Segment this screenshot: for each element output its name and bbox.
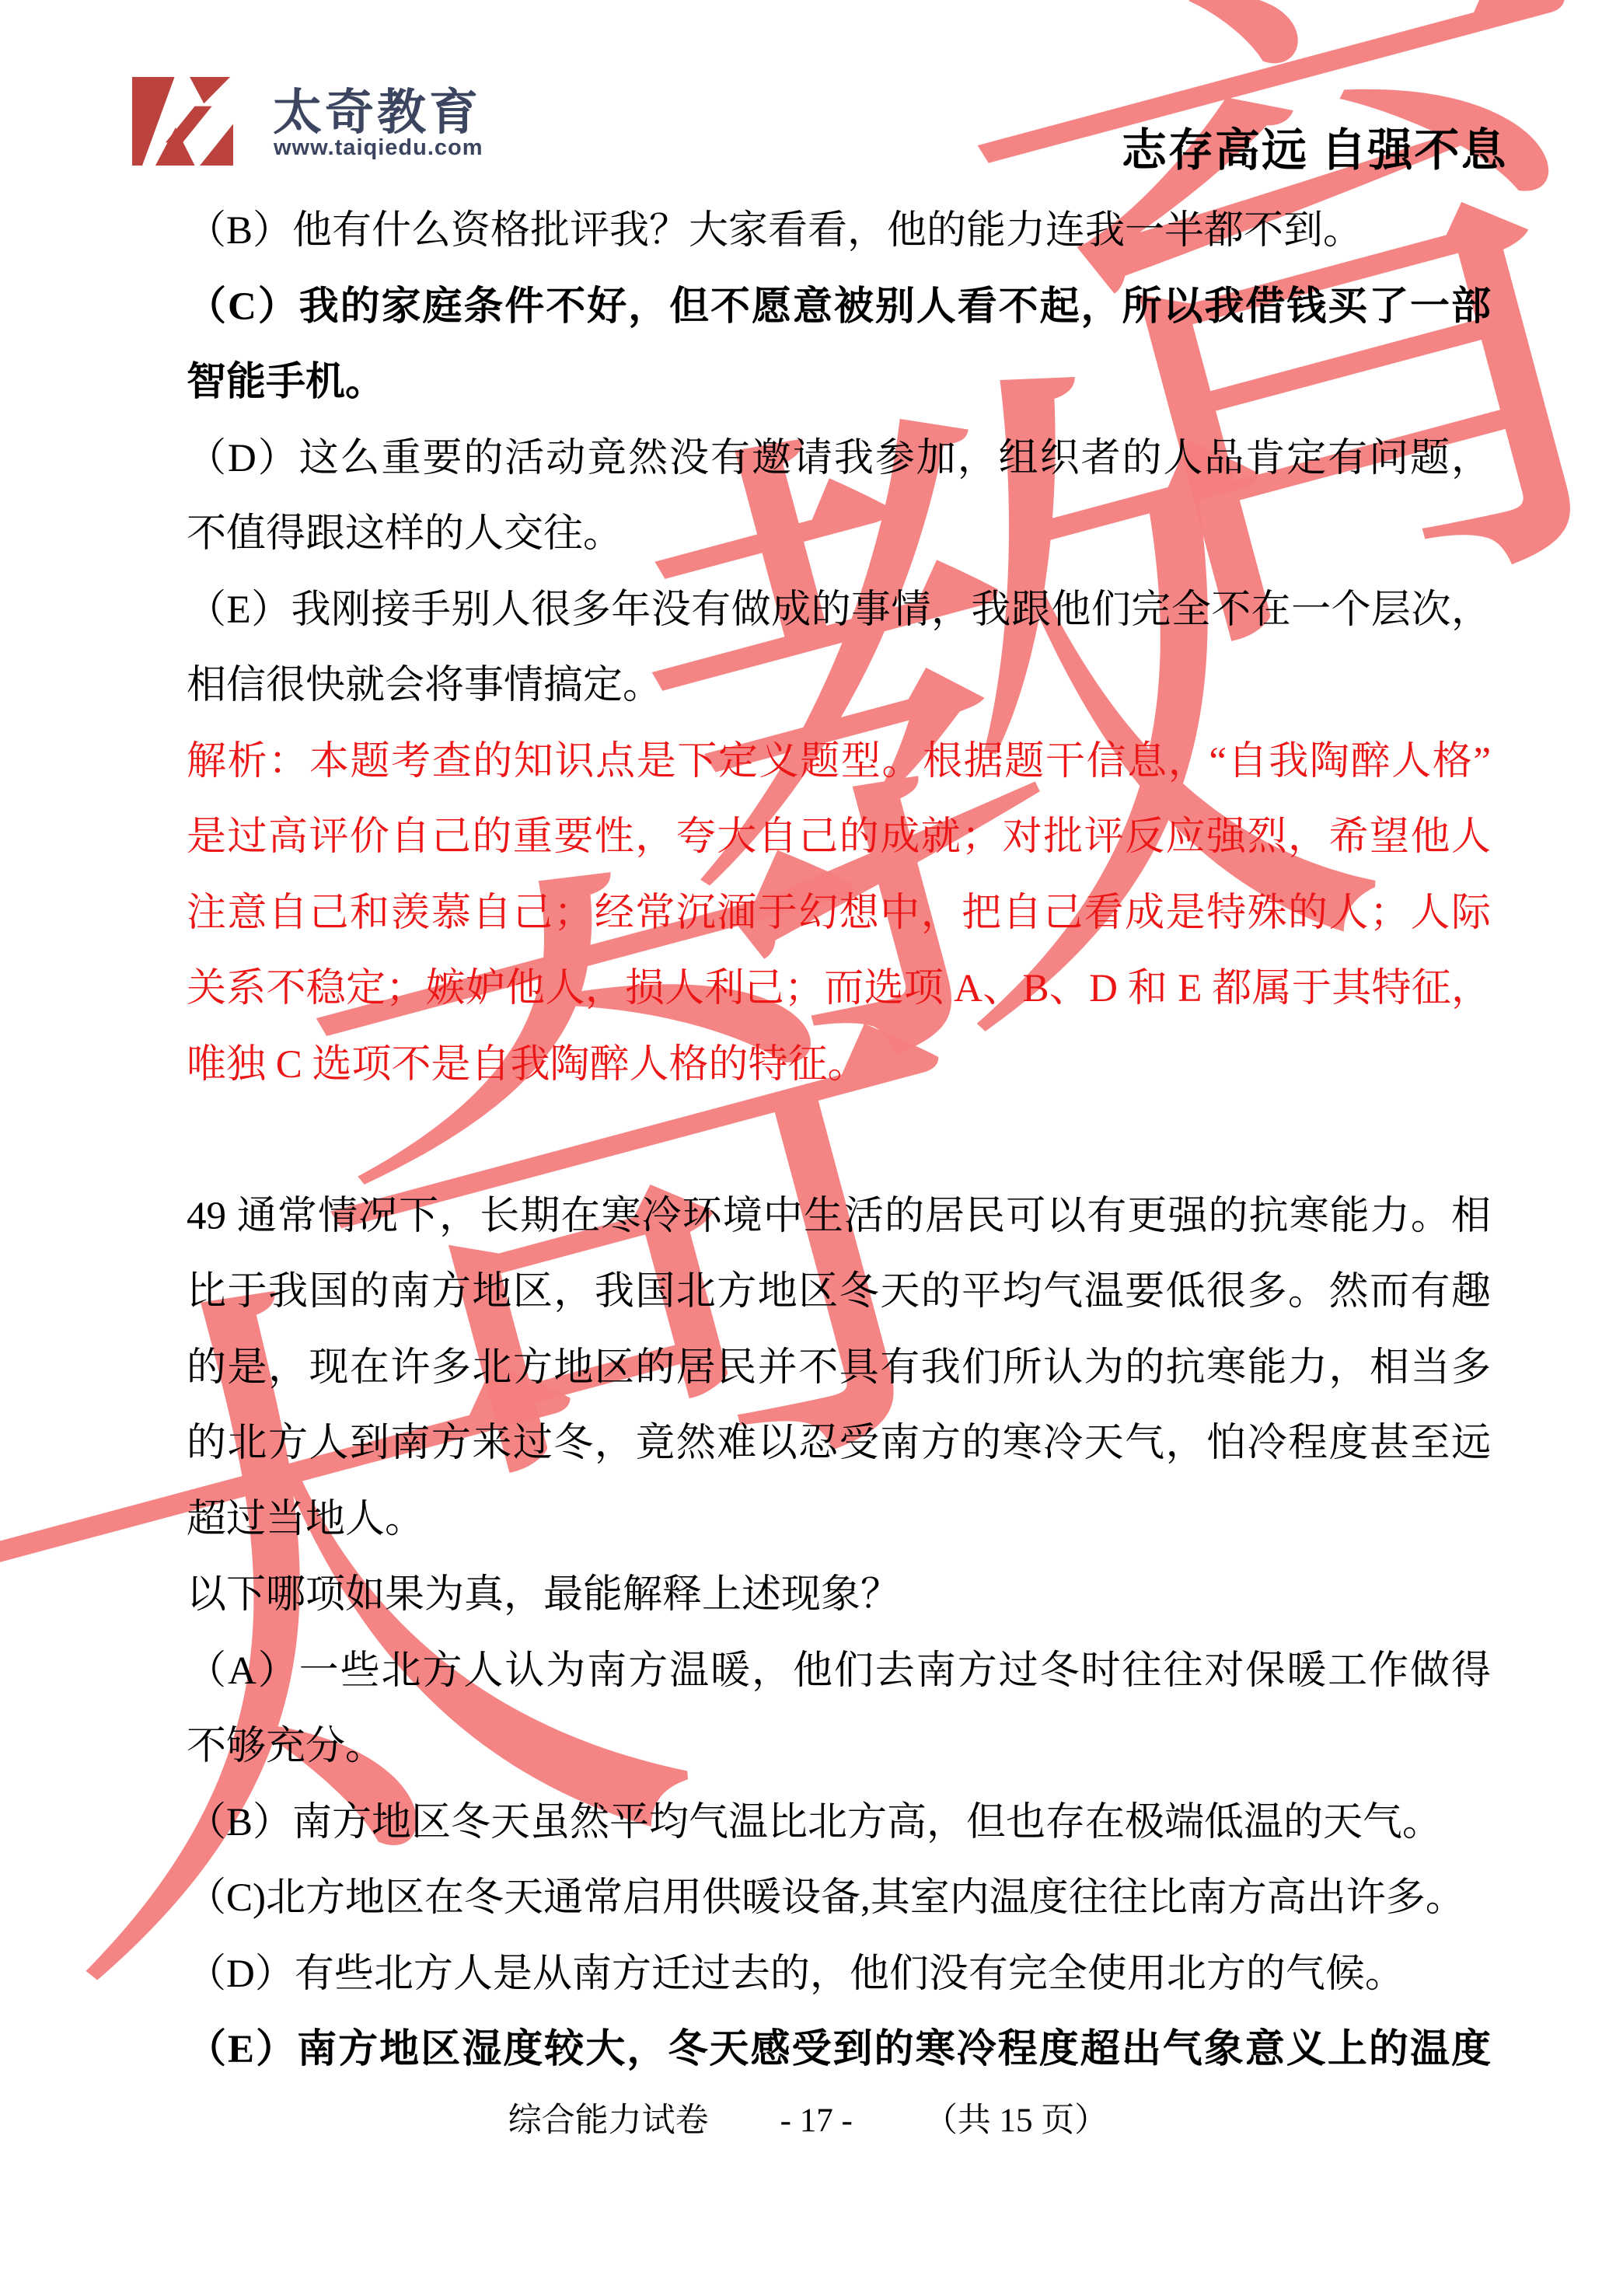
page-header: 太奇教育 www.taiqiedu.com 志存高远 自强不息 [0, 0, 1616, 2296]
header-slogan: 志存高远 自强不息 [1122, 113, 1508, 179]
taiqi-logo-icon [132, 77, 233, 166]
logo-website-url: www.taiqiedu.com [274, 135, 483, 161]
logo-brand-name: 太奇教育 [273, 73, 481, 144]
exam-page: 太 奇 教 育 太奇教育 www.taiqiedu.com 志存高远 自强不息 … [0, 0, 1616, 2296]
